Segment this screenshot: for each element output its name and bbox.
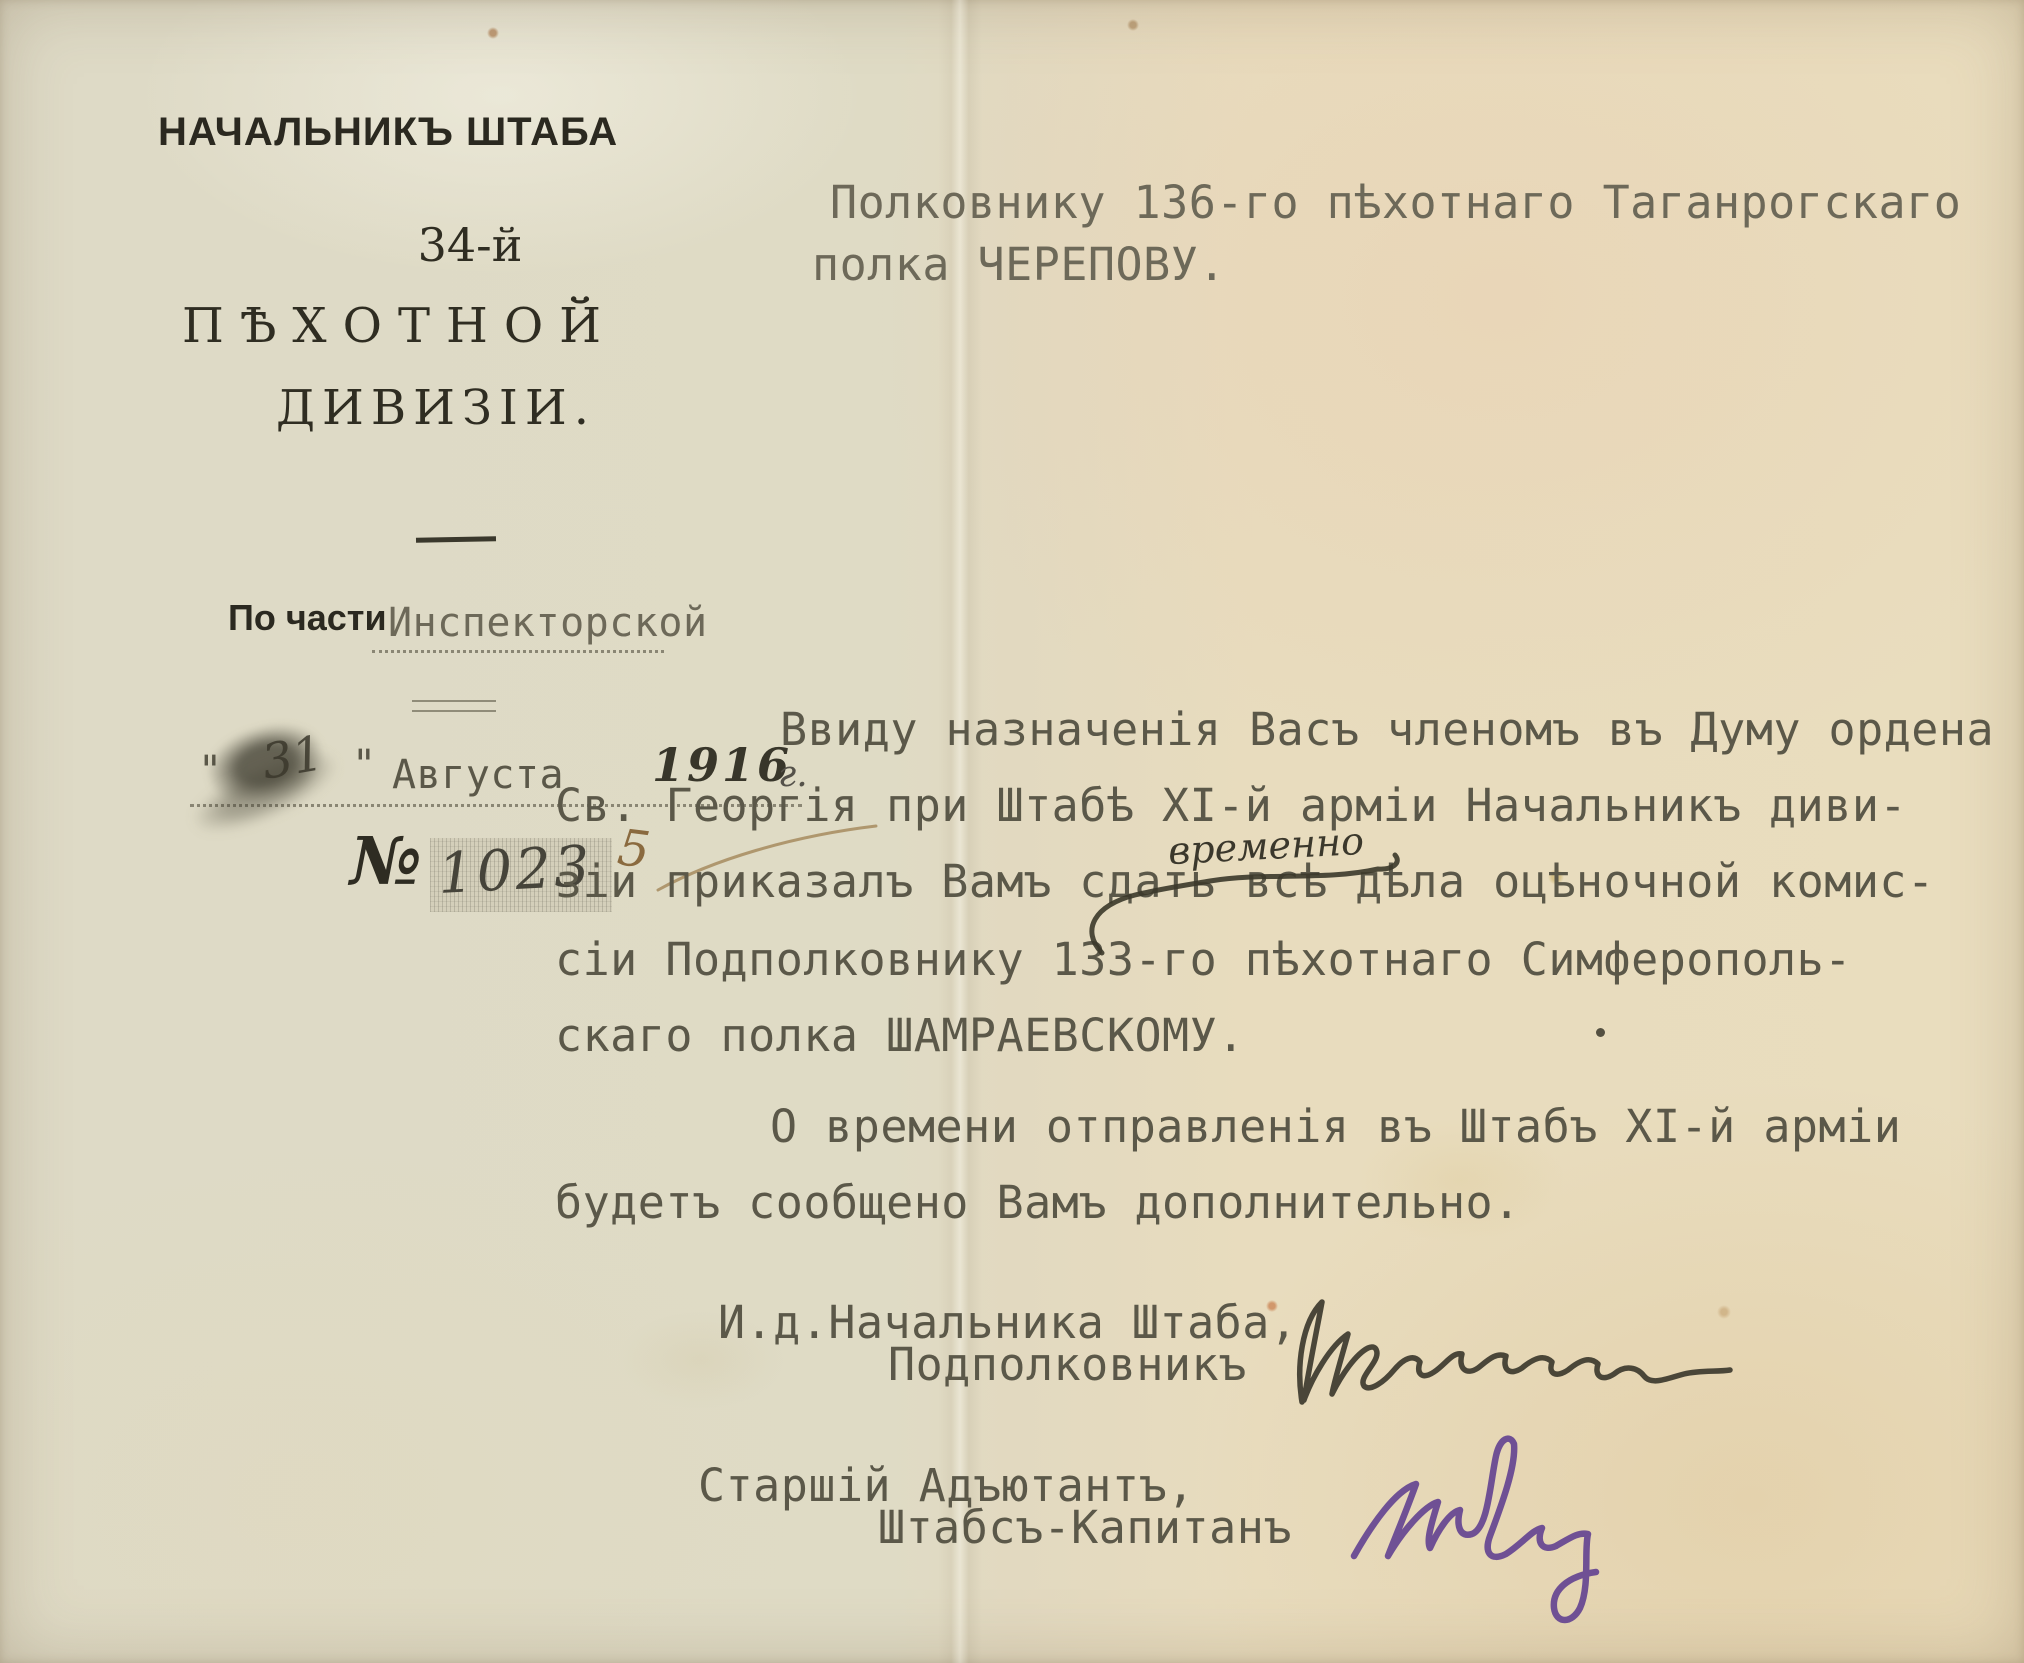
letterhead-org-line1: НАЧАЛЬНИКЪ ШТАБА <box>158 110 578 155</box>
department-dotted-line: Инспекторской <box>372 598 664 653</box>
body-p1-line2: Св. Георгія при Штабѣ XI-й арміи Начальн… <box>555 779 1907 832</box>
addressee-line2: полка ЧЕРЕПОВУ. <box>812 238 1226 291</box>
signature2-ink: Андреевъ <box>1338 1428 1668 1648</box>
body-p2-line2: будетъ сообщено Вамъ дополнительно. <box>555 1176 1521 1229</box>
body-p1-line1: Ввиду назначенія Васъ членомъ въ Думу ор… <box>780 703 1994 756</box>
letterhead-division-number: 34-й <box>400 218 540 272</box>
number-sign: № <box>350 822 422 900</box>
document-page: НАЧАЛЬНИКЪ ШТАБА 34-й ПѢХОТНОЙ ДИВИЗІИ. … <box>0 0 2024 1663</box>
insertion-caret-stroke <box>1040 845 1410 960</box>
date-month: Августа <box>392 752 564 798</box>
department-value: Инспекторской <box>388 600 708 646</box>
date-day-handwritten: 31 <box>258 725 328 791</box>
stray-ink-dot <box>1596 1028 1605 1037</box>
department-double-underline <box>412 700 496 712</box>
addressee-line1: Полковнику 136-го пѣхотнаго Таганрогскаг… <box>830 176 1961 229</box>
department-label: По части <box>228 597 387 639</box>
body-p2-line1: О времени отправленія въ Штабъ XI-й армі… <box>770 1100 1901 1153</box>
letterhead-org-line4: ДИВИЗІИ. <box>276 380 596 436</box>
letterhead-divider-rule <box>416 536 496 542</box>
body-p1-line5: скаго полка ШАМРАЕВСКОМУ. <box>555 1009 1245 1062</box>
signature1-title-line2: Подполковникъ <box>888 1338 1247 1391</box>
signature2-title-line2: Штабсъ-Капитанъ <box>878 1501 1292 1554</box>
date-close-quote: " <box>352 742 377 788</box>
letterhead-org-line3: ПѢХОТНОЙ <box>182 298 617 354</box>
signature1-ink: Карлстедтъ <box>1272 1282 1742 1432</box>
